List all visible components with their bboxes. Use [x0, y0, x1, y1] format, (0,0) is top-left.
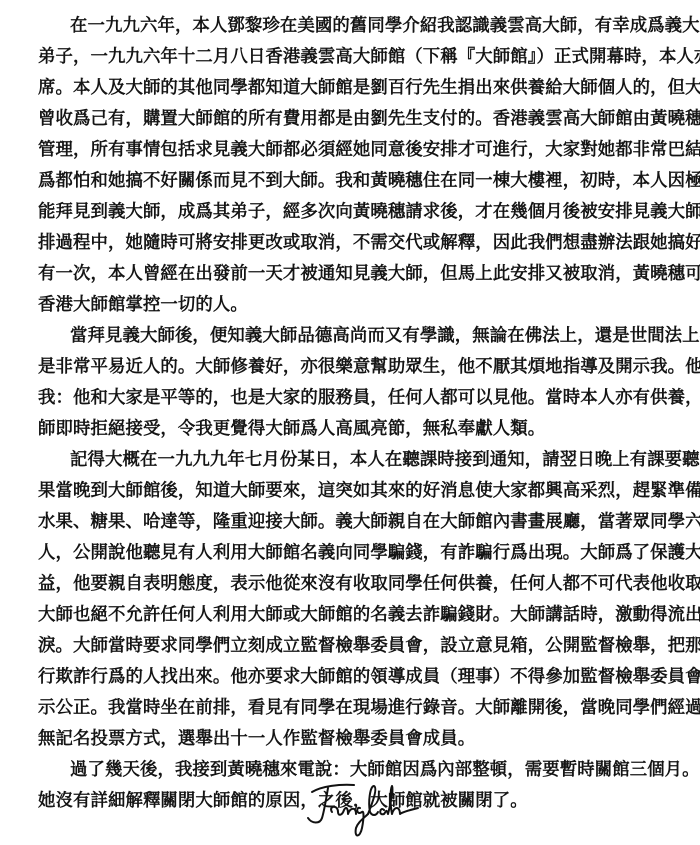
- paragraph-3-line-10: 無記名投票方式，選舉出十一人作監督檢舉委員會成員。: [38, 726, 668, 752]
- paragraph-1-line-9: 有一次，本人曾經在出發前一天才被通知見義大師，但馬上此安排又被取消，黃曉穗可說是: [38, 261, 668, 287]
- paragraph-3-line-8: 行欺詐行爲的人找出來。他亦要求大師館的領導成員（理事）不得參加監督檢舉委員會，以: [38, 664, 668, 690]
- paragraph-1-line-7: 能拜見到義大師，成爲其弟子，經多次向黃曉穗請求後，才在幾個月後被安排見義大師。安: [38, 199, 668, 225]
- handwritten-signature-icon: [298, 778, 428, 842]
- paragraph-3-line-1: 記得大概在一九九九年七月份某日，本人在聽課時接到通知，請翌日晚上有課要聽。結: [70, 447, 668, 473]
- paragraph-1-line-3: 席。本人及大師的其他同學都知道大師館是劉百行先生捐出來供養給大師個人的，但大師未: [38, 75, 668, 101]
- paragraph-3-line-3: 水果、糖果、哈達等，隆重迎接大師。義大師親自在大師館內書畫展廳，當著眾同學六七十: [38, 509, 668, 535]
- paragraph-3-line-2: 果當晚到大師館後，知道大師要來，這突如其來的好消息使大家都興高采烈，趕緊準備鮮花…: [38, 478, 668, 504]
- paragraph-1-line-5: 管理，所有事情包括求見義大師都必須經她同意後安排才可進行，大家對她都非常巴結，因: [38, 137, 668, 163]
- paragraph-2-line-2: 是非常平易近人的。大師修養好，亦很樂意幫助眾生，他不厭其煩地指導及開示我。他告訴: [38, 354, 668, 380]
- paragraph-3-line-7: 淚。大師當時要求同學們立刻成立監督檢舉委員會，設立意見箱，公開監督檢舉，把那些進: [38, 633, 668, 659]
- paragraph-1-line-6: 爲都怕和她搞不好關係而見不到大師。我和黃曉穗住在同一棟大樓裡，初時，本人因極渴望: [38, 168, 668, 194]
- paragraph-3-line-5: 益，他要親自表明態度，表示他從來沒有收取同學任何供養，任何人都不可代表他收取供養…: [38, 571, 668, 597]
- paragraph-3-line-4: 人，公開說他聽見有人利用大師館名義向同學騙錢，有詐騙行爲出現。大師爲了保護大眾利: [38, 540, 668, 566]
- paragraph-1-line-2: 弟子，一九九六年十二月八日香港義雲高大師館（下稱『大師館』）正式開幕時，本人亦有…: [38, 44, 668, 70]
- paragraph-1-line-8: 排過程中，她隨時可將安排更改或取消，不需交代或解釋，因此我們想盡辦法跟她搞好關係…: [38, 230, 668, 256]
- paragraph-2-line-4: 師即時拒絕接受，令我更覺得大師爲人高風亮節，無私奉獻人類。: [38, 416, 668, 442]
- paragraph-1-line-4: 曾收爲己有，購置大師館的所有費用都是由劉先生支付的。香港義雲高大師館由黃曉穗直接: [38, 106, 668, 132]
- paragraph-2-line-3: 我：他和大家是平等的，也是大家的服務員，任何人都可以見他。當時本人亦有供養，但大: [38, 385, 668, 411]
- paragraph-3-line-9: 示公正。我當時坐在前排，看見有同學在現場進行錄音。大師離開後，當晚同學們經過兩輪: [38, 695, 668, 721]
- paragraph-1-line-1: 在一九九六年，本人鄧黎珍在美國的舊同學介紹我認識義雲高大師，有幸成爲義大師的: [70, 13, 668, 39]
- paragraph-2-line-1: 當拜見義大師後，便知義大師品德高尚而又有學識，無論在佛法上，還是世間法上待人，: [70, 323, 668, 349]
- paragraph-1-line-10: 香港大師館掌控一切的人。: [38, 292, 668, 318]
- document-page: 在一九九六年，本人鄧黎珍在美國的舊同學介紹我認識義雲高大師，有幸成爲義大師的 弟…: [0, 0, 700, 845]
- paragraph-3-line-6: 大師也絕不允許任何人利用大師或大師館的名義去詐騙錢財。大師講話時，激動得流出了眼: [38, 602, 668, 628]
